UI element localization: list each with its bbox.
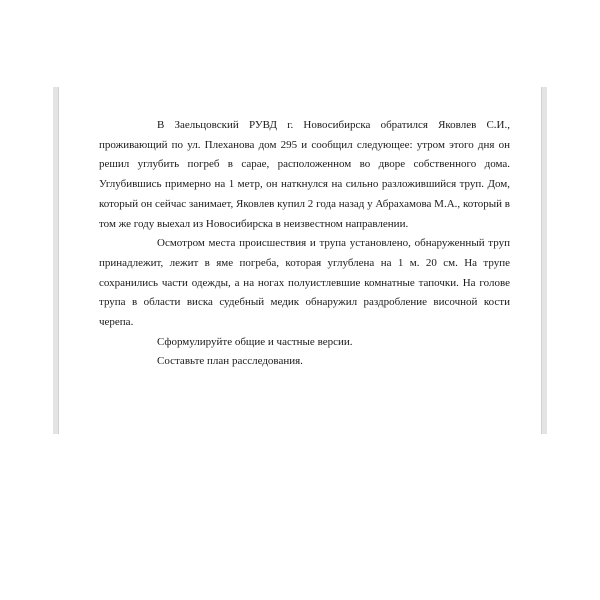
document-view: В Заельцовский РУВД г. Новосибирска обра… xyxy=(0,0,600,600)
page-right-shadow xyxy=(541,87,547,434)
paragraph-inspection-findings: Осмотром места происшествия и трупа уста… xyxy=(99,234,510,333)
paragraph-case-report: В Заельцовский РУВД г. Новосибирска обра… xyxy=(99,116,510,234)
paragraph-task-versions: Сформулируйте общие и частные версии. xyxy=(99,333,510,353)
document-body: В Заельцовский РУВД г. Новосибирска обра… xyxy=(99,116,510,372)
paragraph-task-plan: Составьте план расследования. xyxy=(99,352,510,372)
